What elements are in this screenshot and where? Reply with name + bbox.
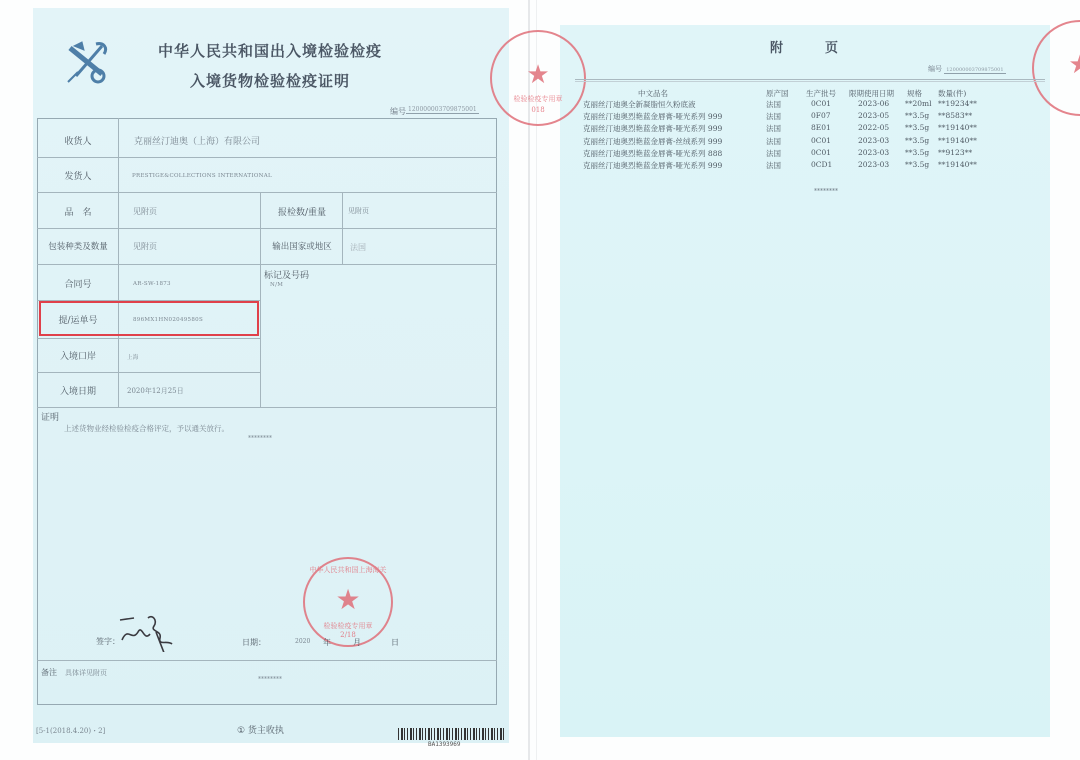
cell-qty: **19140** <box>938 123 977 132</box>
cell-origin: 法国 <box>766 123 781 134</box>
cell-spec: **3.5g <box>905 136 929 145</box>
entry-port-value: 上海 <box>127 353 139 361</box>
cell-name: 克丽丝汀迪奥烈艳蓝金唇膏-丝绒系列 999 <box>583 136 722 147</box>
cell-name: 克丽丝汀迪奥全新凝脂恒久粉底液 <box>583 99 696 110</box>
cell-batch: 0CD1 <box>811 160 832 169</box>
certificate-text: 上述货物业经检验检疫合格评定，予以通关放行。 <box>64 423 229 434</box>
cell-expiry: 2023-06 <box>858 99 889 108</box>
cell-qty: **19140** <box>938 160 977 169</box>
product-value: 见附页 <box>133 206 157 217</box>
cell-batch: 8E01 <box>811 123 831 132</box>
signature-label: 签字： <box>96 636 120 647</box>
quantity-value: 见附页 <box>348 206 369 216</box>
certificate-label: 证明 <box>41 410 59 423</box>
cell-expiry: 2023-03 <box>858 136 889 145</box>
cell-expiry: 2023-03 <box>858 148 889 157</box>
document-title: 中华人民共和国出入境检验检疫 <box>120 40 420 61</box>
origin-value: 法国 <box>350 242 366 253</box>
divider <box>575 81 1045 82</box>
serial-label: 编号 <box>390 107 406 116</box>
document-subtitle: 入境货物检验检疫证明 <box>120 70 420 91</box>
customs-stamp: ★ 中华人民共和国上海海关 检验检疫专用章 2/18 <box>303 557 393 647</box>
cell-name: 克丽丝汀迪奥烈艳蓝金唇膏-哑光系列 999 <box>583 160 722 171</box>
cell-origin: 法国 <box>766 148 781 159</box>
divider <box>575 79 1045 80</box>
date-sign-label: 日期： <box>242 637 266 648</box>
cell-batch: 0C01 <box>811 136 831 145</box>
cell-expiry: 2023-05 <box>858 111 889 120</box>
barcode <box>398 728 504 740</box>
cell-spec: **3.5g <box>905 123 929 132</box>
star-icon: ★ <box>492 60 584 90</box>
column-header: 数量(件) <box>938 88 966 99</box>
form-code: [5-1(2018.4.20)・2] <box>36 726 105 736</box>
customs-stamp: ★ 检验检疫专用章 018 <box>490 30 586 126</box>
entry-port-label: 入境口岸 <box>40 349 116 362</box>
remarks-stars: ******** <box>258 676 282 683</box>
signature <box>118 612 198 652</box>
cell-origin: 法国 <box>766 99 781 110</box>
column-header: 中文品名 <box>638 88 668 99</box>
cell-origin: 法国 <box>766 111 781 122</box>
column-header: 原产国 <box>766 88 789 99</box>
cell-qty: **8583** <box>938 111 972 120</box>
star-icon: ★ <box>1034 50 1080 80</box>
customs-emblem-icon <box>62 38 112 86</box>
cell-name: 克丽丝汀迪奥烈艳蓝金唇膏-哑光系列 999 <box>583 123 722 134</box>
date-sign-year: 2020 <box>295 638 310 645</box>
star-icon: ★ <box>305 583 391 616</box>
marks-label: 标记及号码 <box>264 268 309 281</box>
package-value: 见附页 <box>133 241 157 252</box>
cell-spec: **3.5g <box>905 160 929 169</box>
certificate-stars: ******** <box>248 435 272 442</box>
serial-value: 120000003709875001 <box>406 106 479 114</box>
serial-number: 编号 120000003709875001 <box>390 106 406 117</box>
cell-batch: 0C01 <box>811 99 831 108</box>
appendix-serial: 编号 120000003709875001 <box>928 64 1006 74</box>
cell-batch: 0C01 <box>811 148 831 157</box>
marks-value: N/M <box>270 282 283 288</box>
entry-date-label: 入境日期 <box>40 384 116 397</box>
quantity-label: 报检数/重量 <box>262 205 342 218</box>
cell-expiry: 2023-03 <box>858 160 889 169</box>
highlight-box <box>39 301 259 336</box>
cell-spec: **3.5g <box>905 111 929 120</box>
appendix-end-stars: ******** <box>814 188 838 195</box>
cell-spec: **3.5g <box>905 148 929 157</box>
cell-batch: 0F07 <box>811 111 831 120</box>
consignee-label: 收货人 <box>40 134 116 147</box>
cell-origin: 法国 <box>766 160 781 171</box>
cell-origin: 法国 <box>766 136 781 147</box>
package-label: 包装种类及数量 <box>40 240 116 252</box>
copy-label: ① 货主收执 <box>237 723 284 736</box>
appendix-title: 附页 <box>770 37 880 56</box>
cell-spec: **20ml <box>905 99 932 108</box>
remarks-value: 具体详见附页 <box>65 668 107 678</box>
entry-date-value: 2020年12月25日 <box>127 386 184 396</box>
consignor-label: 发货人 <box>40 169 116 182</box>
cell-name: 克丽丝汀迪奥烈艳蓝金唇膏-哑光系列 888 <box>583 148 722 159</box>
barcode-number: BA1393969 <box>428 741 461 748</box>
consignee-value: 克丽丝汀迪奥（上海）有限公司 <box>134 134 260 147</box>
consignor-value: PRESTIGE&COLLECTIONS INTERNATIONAL <box>132 173 272 179</box>
cell-expiry: 2022-05 <box>858 123 889 132</box>
origin-label: 输出国家或地区 <box>262 240 342 252</box>
cell-qty: **19140** <box>938 136 977 145</box>
contract-label: 合同号 <box>40 277 116 290</box>
column-header: 限期使用日期 <box>849 88 894 99</box>
remarks-label: 备注 <box>41 667 57 678</box>
cell-qty: **19234** <box>938 99 977 108</box>
cell-qty: **9123** <box>938 148 972 157</box>
cell-name: 克丽丝汀迪奥烈艳蓝金唇膏-哑光系列 999 <box>583 111 722 122</box>
column-header: 生产批号 <box>806 88 836 99</box>
column-header: 规格 <box>907 88 922 99</box>
product-label: 品 名 <box>40 205 116 218</box>
contract-value: AR-SW-1873 <box>133 281 171 287</box>
